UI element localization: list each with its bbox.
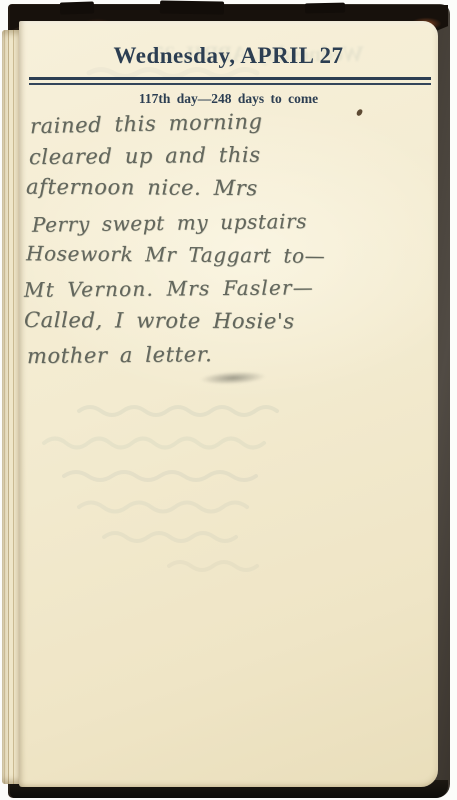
entry-line: Perry swept my upstairs bbox=[24, 207, 436, 246]
entry-line: afternoon nice. Mrs bbox=[24, 175, 436, 211]
header-divider-rule bbox=[29, 77, 431, 85]
page-title: Wednesday, APRIL 27 bbox=[19, 43, 438, 69]
entry-line: mother a letter. bbox=[24, 340, 436, 378]
entry-line: Called, I wrote Hosie's bbox=[24, 308, 436, 343]
entry-line: cleared up and this bbox=[24, 141, 436, 179]
binding-fragment bbox=[305, 3, 345, 14]
binding-fragment bbox=[160, 0, 224, 14]
handwritten-entry: rained this morning cleared up and this … bbox=[24, 110, 436, 376]
entry-line: Mt Vernon. Mrs Fasler— bbox=[24, 274, 436, 311]
diary-page: Wednesday, APRIL 27 Wednesday, APRIL 27 … bbox=[19, 21, 438, 787]
entry-line: Hosework Mr Taggart to— bbox=[24, 241, 436, 278]
diary-page-scan: Wednesday, APRIL 27 Wednesday, APRIL 27 … bbox=[0, 0, 457, 800]
day-count-subtitle: 117th day—248 days to come bbox=[19, 91, 438, 107]
page-stack-gutter bbox=[2, 30, 20, 784]
binding-fragment bbox=[60, 1, 94, 14]
